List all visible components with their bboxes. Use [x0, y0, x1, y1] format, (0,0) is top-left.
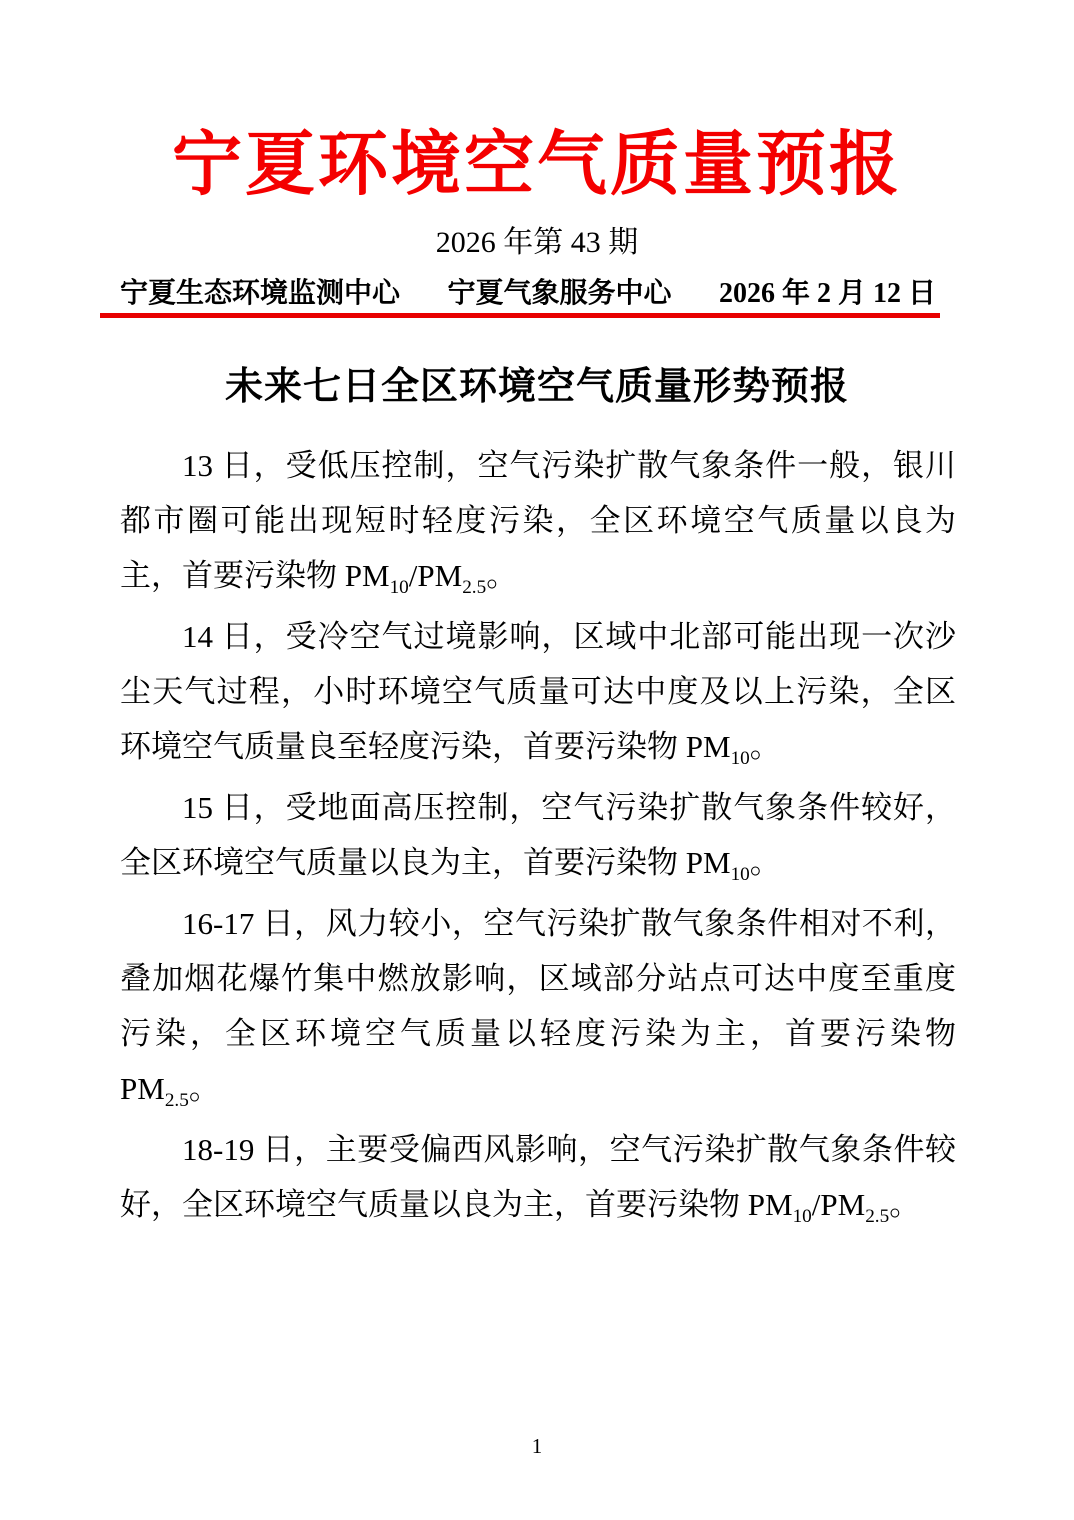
forecast-paragraph-day15: 15 日，受地面高压控制，空气污染扩散气象条件较好，全区环境空气质量以良为主，首… — [120, 780, 956, 890]
forecast-paragraph-day13: 13 日，受低压控制，空气污染扩散气象条件一般，银川都市圈可能出现短时轻度污染，… — [120, 438, 956, 603]
doc-title: 宁夏环境空气质量预报 — [0, 120, 1074, 212]
header-row: 宁夏生态环境监测中心 宁夏气象服务中心 2026 年 2 月 12 日 — [100, 278, 940, 310]
issue-date: 2026 年 2 月 12 日 — [719, 278, 936, 310]
section-title: 未来七日全区环境空气质量形势预报 — [0, 364, 1074, 410]
forecast-body: 13 日，受低压控制，空气污染扩散气象条件一般，银川都市圈可能出现短时轻度污染，… — [120, 438, 956, 1232]
red-divider — [100, 313, 940, 318]
page-number: 1 — [0, 1434, 1074, 1458]
org-weather-service-center: 宁夏气象服务中心 — [447, 278, 671, 310]
forecast-paragraph-day16-17: 16-17 日，风力较小，空气污染扩散气象条件相对不利，叠加烟花爆竹集中燃放影响… — [120, 896, 956, 1116]
issue-line: 2026 年第 43 期 — [0, 226, 1074, 260]
forecast-paragraph-day18-19: 18-19 日，主要受偏西风影响，空气污染扩散气象条件较好，全区环境空气质量以良… — [120, 1122, 956, 1232]
forecast-paragraph-day14: 14 日，受冷空气过境影响，区域中北部可能出现一次沙尘天气过程，小时环境空气质量… — [120, 609, 956, 774]
document-page: 宁夏环境空气质量预报 2026 年第 43 期 宁夏生态环境监测中心 宁夏气象服… — [0, 0, 1074, 1520]
org-monitoring-center: 宁夏生态环境监测中心 — [120, 278, 400, 310]
